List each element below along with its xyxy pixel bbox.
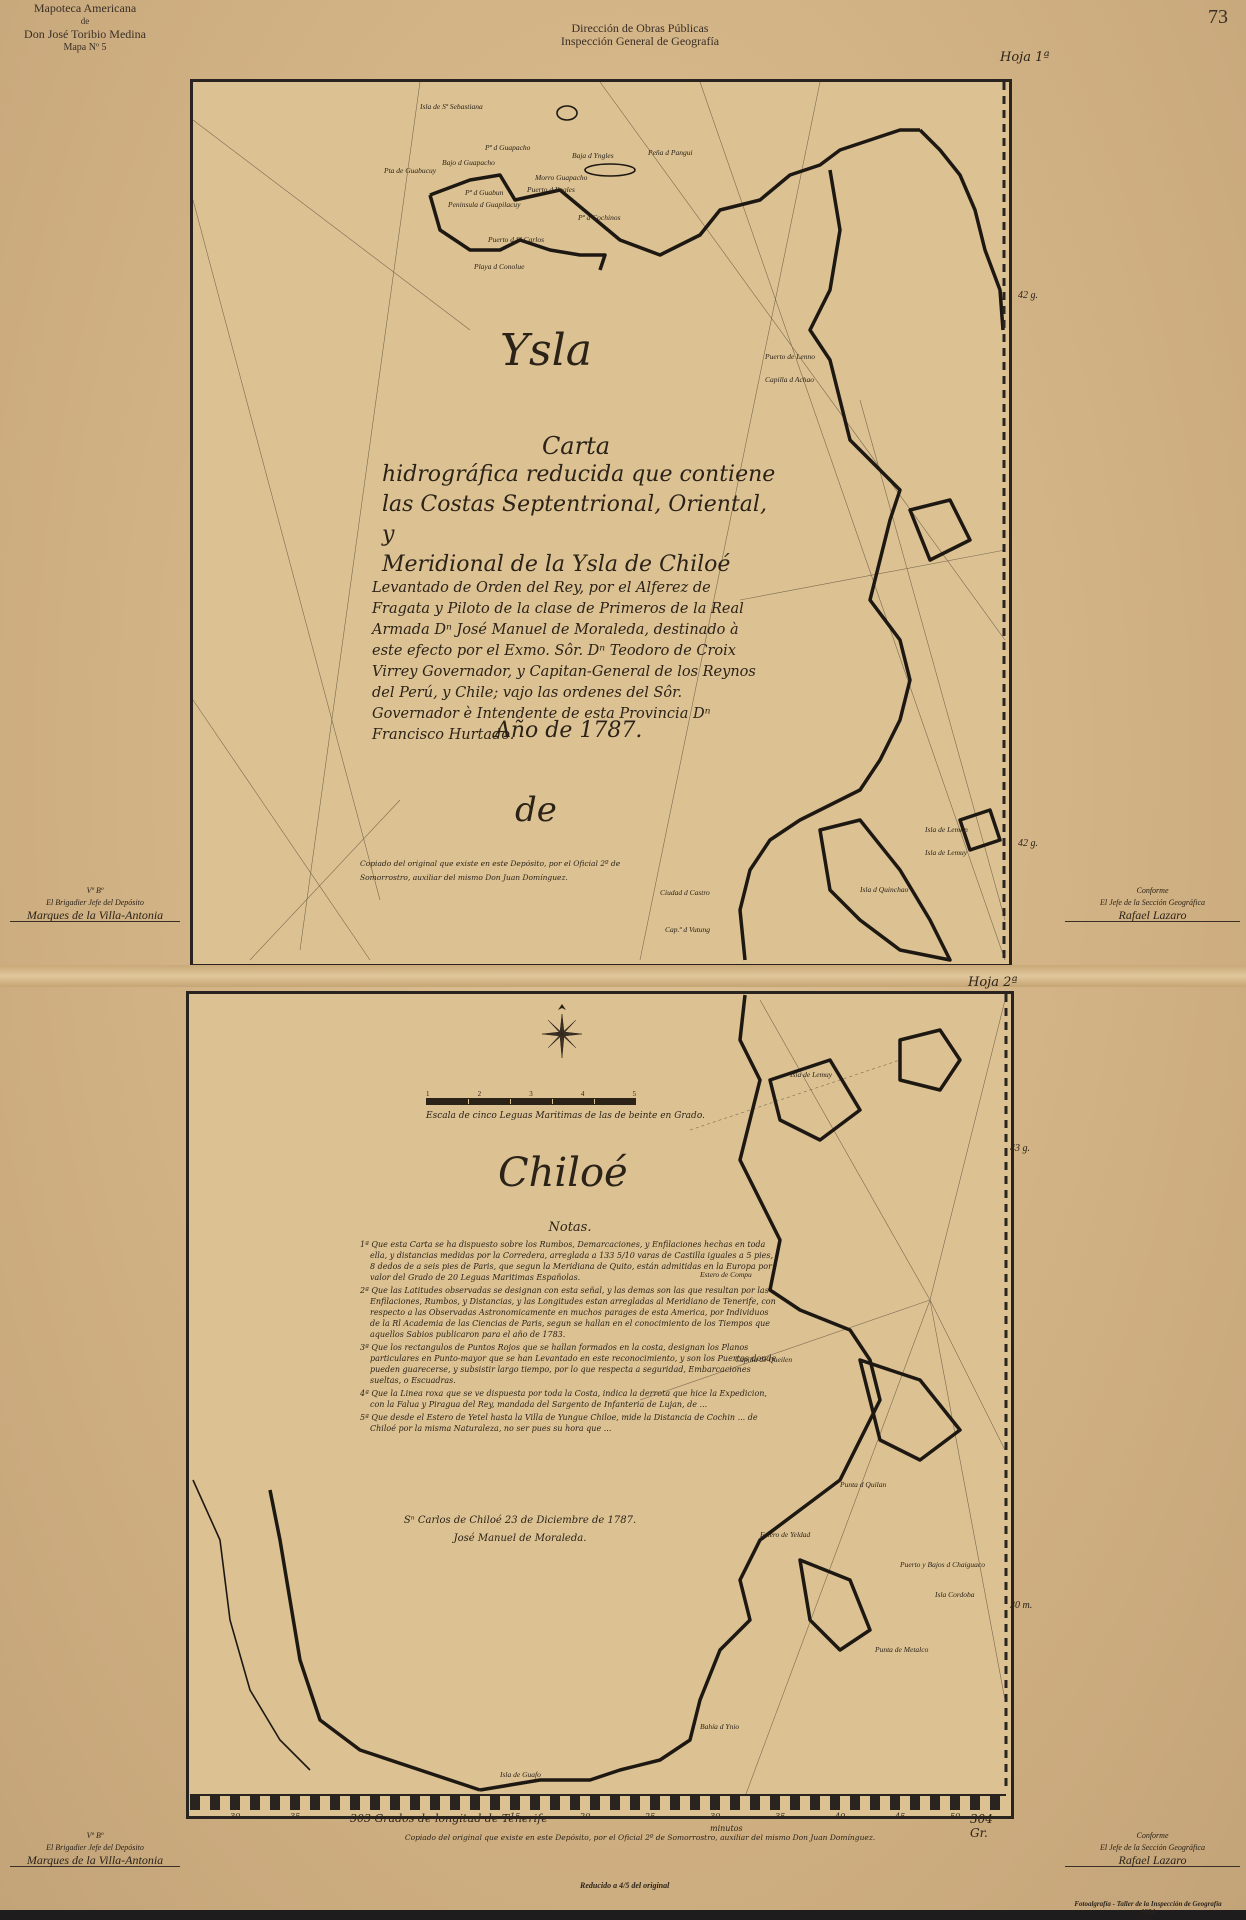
place-label: Morro Guapacho	[535, 173, 587, 182]
signature-right-bottom: Conforme El Jefe de la Sección Geográfic…	[1065, 1830, 1240, 1867]
place-label: Capilla de Queilen	[735, 1355, 792, 1364]
place-label: Isla de Lemlin	[925, 825, 968, 834]
place-label: Isla de Lemuy	[925, 848, 967, 857]
compass-rose-icon	[540, 1000, 584, 1070]
latitude-mark: 42 g.	[1018, 290, 1038, 301]
notes-section: Notas. 1ª Que esta Carta se ha dispuesto…	[360, 1222, 780, 1436]
place-label: Puerto d Yngles	[527, 185, 575, 194]
place-label: Bahía d Ynio	[700, 1722, 739, 1731]
print-credit: Fotoalgrafía - Taller de la Inspección d…	[1048, 1900, 1246, 1916]
place-label: Capilla d Achao	[765, 375, 814, 384]
note-item: 2ª Que las Latitudes observadas se desig…	[360, 1285, 780, 1340]
latitude-mark: 30 m.	[1010, 1600, 1032, 1611]
de-word: de	[515, 790, 557, 830]
place-label: Playa d Conolue	[474, 262, 524, 271]
place-label: Isla d Quinchao	[860, 885, 908, 894]
place-label: Pª d Cochinos	[578, 213, 620, 222]
chiloe-title: Chiloé	[498, 1150, 628, 1196]
copied-note-sheet2: Copiado del original que existe en este …	[380, 1833, 900, 1842]
place-label: Pª d Guapacho	[485, 143, 530, 152]
place-label: Isla de Guafo	[500, 1770, 541, 1779]
longitude-scale	[190, 1794, 1006, 1810]
place-label: Peña d Pangui	[648, 148, 693, 157]
coastline-drawing	[0, 0, 1246, 1920]
place-label: Estero de Compu	[700, 1270, 752, 1279]
author-signoff: Sⁿ Carlos de Chiloé 23 de Diciembre de 1…	[390, 1512, 650, 1548]
latitude-mark: 42 g.	[1018, 838, 1038, 849]
place-label: Pª d Guabun	[465, 188, 503, 197]
note-item: 3ª Que los rectangulos de Puntos Rojos q…	[360, 1342, 780, 1386]
place-label: Cap.ª d Vutung	[665, 925, 710, 934]
place-label: Puerto y Bajos d Chaiguaco	[900, 1560, 985, 1569]
copied-note-sheet1: Copiado del original que existe en este …	[360, 857, 660, 885]
place-label: Estero de Yeldad	[760, 1530, 810, 1539]
place-label: Isla de Lemuy	[790, 1070, 832, 1079]
place-label: Punta de Metalco	[875, 1645, 928, 1654]
place-label: Puerto d Sª Carlos	[488, 235, 544, 244]
place-label: Punta d Quilan	[840, 1480, 886, 1489]
signature-left-top: Vº Bº El Brigadier Jefe del Depósito Mar…	[10, 885, 180, 922]
place-label: Pta de Guabucuy	[384, 166, 436, 175]
place-label: Puerto de Lenno	[765, 352, 815, 361]
place-label: Isla Cordoba	[935, 1590, 975, 1599]
latitude-mark: 43 g.	[1010, 1143, 1030, 1154]
map-year: Año de 1787.	[495, 718, 642, 743]
place-label: Baja d Yngles	[572, 151, 614, 160]
place-label: Bajo d Guapacho	[442, 158, 495, 167]
map-title-cartouche: Carta hidrográfica reducida que contiene…	[376, 432, 776, 580]
place-label: Peninsula d Guapilacuy	[448, 200, 521, 209]
signature-left-bottom: Vº Bº El Brigadier Jefe del Depósito Mar…	[10, 1830, 180, 1867]
reduction-note: Reducido a 4/5 del original	[580, 1881, 669, 1890]
note-item: 5ª Que desde el Estero de Yetel hasta la…	[360, 1412, 780, 1434]
signature-right-top: Conforme El Jefe de la Sección Geográfic…	[1065, 885, 1240, 922]
isla-title: Ysla	[500, 325, 592, 376]
scale-bar: 1 2 3 4 5 Escala de cinco Leguas Maritim…	[426, 1090, 636, 1121]
note-item: 4ª Que la Linea roxa que se ve dispuesta…	[360, 1388, 780, 1410]
place-label: Ciudad d Castro	[660, 888, 710, 897]
place-label: Isla de Sª Sebastiana	[420, 102, 483, 111]
